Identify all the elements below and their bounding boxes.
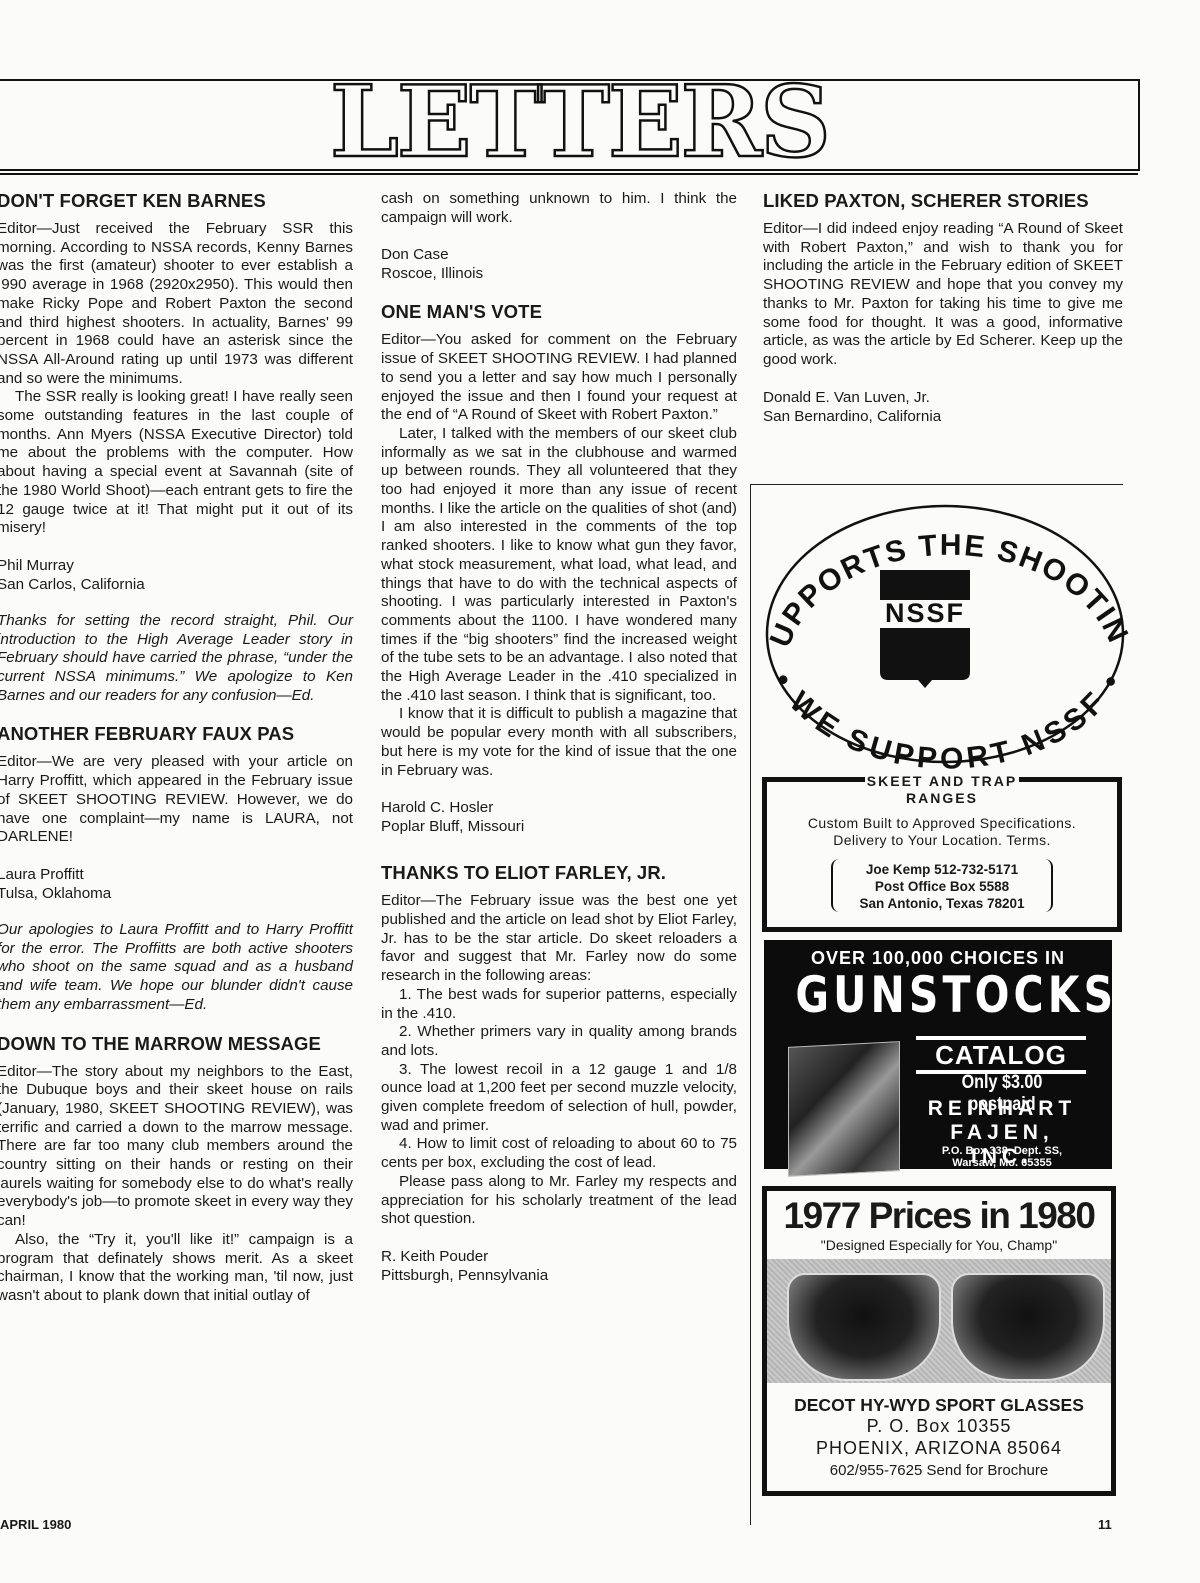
letter-signature: Harold C. Hosler Poplar Bluff, Missouri	[381, 798, 737, 836]
letter-paragraph: The SSR really is looking great! I have …	[0, 388, 353, 538]
column-2: cash on something unknown to him. I thin…	[381, 190, 737, 1303]
lens-right-icon	[951, 1273, 1105, 1381]
signature-name: Laura Proffitt	[0, 865, 353, 884]
sport-glasses-ad: 1977 Prices in 1980 "Designed Especially…	[762, 1186, 1116, 1496]
letter-signature: R. Keith Pouder Pittsburgh, Pennsylvania	[381, 1247, 737, 1285]
contact-po-box: Post Office Box 5588	[837, 878, 1047, 895]
nssf-bottom-arc: • WE SUPPORT NSSF •	[766, 667, 1129, 770]
nssf-shield-label: NSSF	[885, 598, 965, 628]
contact-phone: Joe Kemp 512-732-5171	[837, 861, 1047, 878]
letter-heading: ANOTHER FEBRUARY FAUX PAS	[0, 723, 353, 745]
letter-one-mans-vote: ONE MAN'S VOTE Editor—You asked for comm…	[381, 301, 737, 836]
signature-location: San Carlos, California	[0, 575, 353, 594]
column-3: LIKED PAXTON, SCHERER STORIES Editor—I d…	[763, 190, 1123, 444]
editor-note: Our apologies to Laura Proffitt and to H…	[0, 921, 353, 1015]
ad-headline: 1977 Prices in 1980	[767, 1195, 1111, 1237]
signature-location: Poplar Bluff, Missouri	[381, 817, 737, 836]
address-line-1: P.O. Box 338, Dept. SS,	[914, 1145, 1090, 1157]
ad-body: Custom Built to Approved Specifications.…	[781, 815, 1103, 849]
ad-tagline: "Designed Especially for You, Champ"	[767, 1237, 1111, 1253]
ad-big-title: GUNSTOCKS	[795, 966, 1080, 1024]
letter-thanks-to-eliot-farley: THANKS TO ELIOT FARLEY, JR. Editor—The F…	[381, 862, 737, 1285]
letter-paragraph: Editor—You asked for comment on the Febr…	[381, 331, 737, 425]
sunglasses-photo	[767, 1259, 1111, 1383]
list-item: 2. Whether primers vary in quality among…	[381, 1023, 737, 1060]
letter-signature: Don Case Roscoe, Illinois	[381, 245, 737, 283]
address-line-2: Warsaw, Mo. 65355	[914, 1157, 1090, 1169]
page-number: 11	[1098, 1517, 1112, 1532]
letter-heading: ONE MAN'S VOTE	[381, 301, 737, 323]
ad-phone: 602/955-7625 Send for Brochure	[767, 1461, 1111, 1481]
letter-signature: Phil Murray San Carlos, California	[0, 556, 353, 594]
letter-paragraph: Also, the “Try it, you'll like it!” camp…	[0, 1231, 353, 1306]
ad-address: P.O. Box 338, Dept. SS, Warsaw, Mo. 6535…	[914, 1145, 1090, 1169]
ad-subtitle: RANGES	[767, 789, 1117, 807]
letter-heading: THANKS TO ELIOT FARLEY, JR.	[381, 862, 737, 884]
company-line-1: REINHART	[914, 1097, 1090, 1121]
ad-contact: Joe Kemp 512-732-5171 Post Office Box 55…	[831, 859, 1053, 912]
ad-catalog-label: CATALOG	[916, 1036, 1086, 1074]
letter-paragraph: Editor—I did indeed enjoy reading “A Rou…	[763, 220, 1123, 370]
letter-liked-paxton-scherer: LIKED PAXTON, SCHERER STORIES Editor—I d…	[763, 190, 1123, 426]
letter-paragraph: Editor—Just received the February SSR th…	[0, 220, 353, 388]
letter-dont-forget-ken-barnes: DON'T FORGET KEN BARNES Editor—Just rece…	[0, 190, 353, 705]
signature-location: Pittsburgh, Pennsylvania	[381, 1266, 737, 1285]
ad-title: SKEET AND TRAP	[767, 773, 1117, 789]
issue-date: APRIL 1980	[0, 1517, 71, 1532]
contact-city: San Antonio, Texas 78201	[837, 895, 1047, 912]
signature-location: Roscoe, Illinois	[381, 264, 737, 283]
letter-paragraph: I know that it is difficult to publish a…	[381, 705, 737, 780]
ad-address-2: PHOENIX, ARIZONA 85064	[767, 1437, 1111, 1459]
letter-paragraph: Editor—We are very pleased with your art…	[0, 753, 353, 847]
letter-signature: Donald E. Van Luven, Jr. San Bernardino,…	[763, 388, 1123, 426]
signature-name: Donald E. Van Luven, Jr.	[763, 388, 1123, 407]
gunstocks-ad: OVER 100,000 CHOICES IN GUNSTOCKS CATALO…	[764, 940, 1112, 1169]
letter-paragraph: Later, I talked with the members of our …	[381, 425, 737, 706]
letter-paragraph: Editor—The February issue was the best o…	[381, 892, 737, 986]
list-item: 1. The best wads for superior patterns, …	[381, 986, 737, 1023]
letter-another-february-faux-pas: ANOTHER FEBRUARY FAUX PAS Editor—We are …	[0, 723, 353, 1014]
catalog-photo	[788, 1041, 900, 1177]
list-item: 4. How to limit cost of reloading to abo…	[381, 1135, 737, 1172]
signature-location: San Bernardino, California	[763, 407, 1123, 426]
letter-heading: DOWN TO THE MARROW MESSAGE	[0, 1033, 353, 1055]
editor-note: Thanks for setting the record straight, …	[0, 612, 353, 706]
letter-signature: Laura Proffitt Tulsa, Oklahoma	[0, 865, 353, 903]
nssf-ad: SUPPORTS THE SHOOTING • WE SUPPORT NSSF …	[760, 494, 1130, 770]
list-item: 3. The lowest recoil in a 12 gauge 1 and…	[381, 1061, 737, 1136]
svg-text:• WE SUPPORT NSSF •: • WE SUPPORT NSSF •	[766, 667, 1129, 770]
letter-paragraph: Editor—The story about my neighbors to t…	[0, 1063, 353, 1231]
ad-address-1: P. O. Box 10355	[767, 1415, 1111, 1437]
letter-paragraph-continued: cash on something unknown to him. I thin…	[381, 190, 737, 227]
ad-product: DECOT HY-WYD SPORT GLASSES	[767, 1395, 1111, 1415]
letter-closing: Please pass along to Mr. Farley my respe…	[381, 1173, 737, 1229]
signature-name: Don Case	[381, 245, 737, 264]
skeet-trap-ranges-ad: SKEET AND TRAP RANGES Custom Built to Ap…	[762, 777, 1122, 932]
signature-name: Phil Murray	[0, 556, 353, 575]
letter-heading: DON'T FORGET KEN BARNES	[0, 190, 353, 212]
column-1: DON'T FORGET KEN BARNES Editor—Just rece…	[0, 190, 353, 1306]
nssf-emblem-icon: SUPPORTS THE SHOOTING • WE SUPPORT NSSF …	[760, 494, 1130, 770]
letter-down-to-the-marrow: DOWN TO THE MARROW MESSAGE Editor—The st…	[0, 1033, 353, 1306]
letter-heading: LIKED PAXTON, SCHERER STORIES	[763, 190, 1123, 212]
page-title: LETTERS	[330, 68, 790, 178]
signature-location: Tulsa, Oklahoma	[0, 884, 353, 903]
signature-name: R. Keith Pouder	[381, 1247, 737, 1266]
signature-name: Harold C. Hosler	[381, 798, 737, 817]
lens-left-icon	[787, 1273, 941, 1381]
